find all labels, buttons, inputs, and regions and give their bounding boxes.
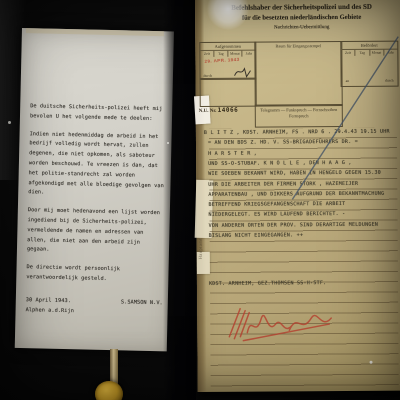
dust-speck [8, 121, 11, 124]
dust-speck [370, 361, 373, 364]
sd-telegram-form: Befehlshaber der Sicherheitspolizei und … [195, 0, 400, 392]
photo-of-documents: De duitsche Sicherheits-polizei heeft mi… [0, 0, 400, 400]
notice-paragraph: Door mij moet hedenavond een lijst worde… [27, 206, 165, 258]
dutch-notice-text: De duitsche Sicherheits-polizei heeft mi… [25, 102, 167, 318]
dust-speck [167, 142, 169, 144]
notice-paragraph: De duitsche Sicherheits-polizei heeft mi… [30, 102, 167, 125]
display-stand-gold-knob [95, 381, 123, 400]
tape-strip [26, 28, 164, 36]
dutch-notice-document: De duitsche Sicherheits-polizei heeft mi… [15, 28, 174, 351]
glass-shadow-band [163, 0, 196, 400]
notice-company-signature: S.SAMSON N.V. [121, 298, 163, 309]
notice-paragraph: De directie wordt persoonlijk verantwoor… [26, 263, 163, 286]
notice-date: 30 April 1943. [26, 296, 71, 307]
red-pencil-signature [225, 302, 335, 351]
notice-paragraph: Indien niet hedenmiddag de arbeid in het… [28, 130, 167, 202]
